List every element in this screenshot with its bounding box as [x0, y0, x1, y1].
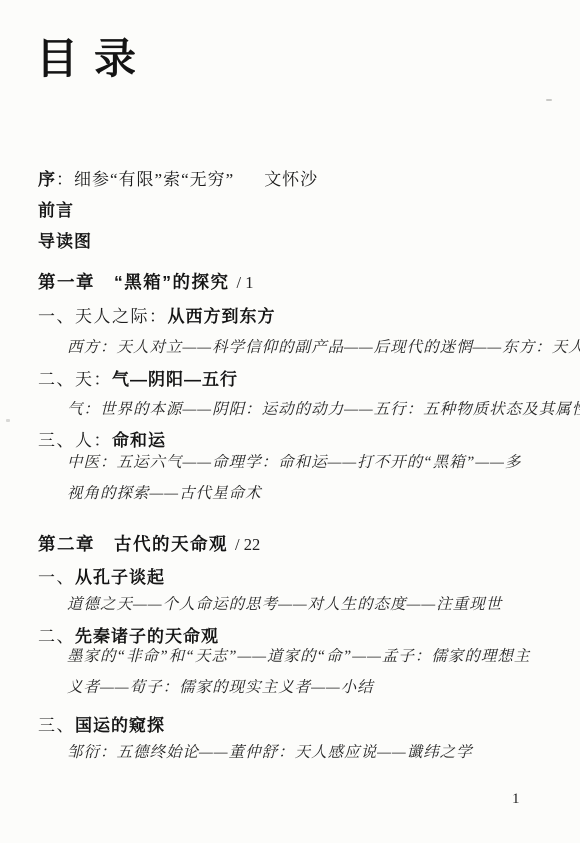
section-topic: 天人之际： [75, 307, 168, 326]
chapter-heading: 第二章 古代的天命观/ 22 [38, 531, 260, 556]
section-number: 二、 [38, 370, 75, 389]
chapter-title: 第二章 古代的天命观 [38, 534, 228, 554]
section-item: 二、天：气—阴阳—五行 [38, 365, 238, 390]
toc-page: 目录 序：细参“有限”索“无穷”文怀沙 前言 导读图 第一章 “黑箱”的探究/ … [0, 0, 580, 843]
section-title: 气—阴阳—五行 [112, 370, 238, 389]
front-matter-line-preface: 序：细参“有限”索“无穷”文怀沙 [38, 165, 318, 190]
scan-artifact [546, 99, 552, 101]
section-detail: 中医：五运六气——命理学：命和运——打不开的“黑箱”——多视角的探索——古代星命… [67, 448, 535, 509]
front-label: 导读图 [38, 232, 92, 251]
section-number: 一、 [38, 568, 75, 587]
front-author: 文怀沙 [264, 170, 318, 189]
section-item: 三、国运的窥探 [38, 711, 165, 736]
section-topic: 天： [75, 370, 112, 389]
section-number: 三、 [38, 716, 75, 735]
chapter-title: 第一章 “黑箱”的探究 [38, 272, 230, 292]
chapter-heading: 第一章 “黑箱”的探究/ 1 [38, 269, 253, 294]
page-number: 1 [512, 791, 520, 808]
chapter-page-ref: / 1 [237, 273, 254, 292]
section-detail: 邹衍：五德终始论——董仲舒：天人感应说——谶纬之学 [67, 738, 473, 769]
section-item: 一、从孔子谈起 [38, 563, 165, 588]
front-matter-line-guide: 导读图 [38, 227, 92, 252]
front-text: ：细参“有限”索“无穷” [56, 170, 234, 189]
section-detail: 墨家的“非命”和“天志”——道家的“命”——孟子：儒家的理想主义者——荀子：儒家… [67, 642, 535, 703]
section-title: 从孔子谈起 [75, 568, 165, 587]
section-number: 一、 [38, 307, 75, 326]
section-title: 国运的窥探 [75, 716, 165, 735]
page-title: 目录 [36, 26, 152, 86]
chapter-page-ref: / 22 [235, 535, 260, 554]
front-label: 前言 [38, 201, 74, 220]
front-label: 序 [38, 170, 56, 189]
front-matter-line-foreword: 前言 [38, 196, 74, 221]
section-detail: 道德之天——个人命运的思考——对人生的态度——注重现世 [67, 590, 502, 621]
scan-artifact [6, 419, 10, 422]
section-title: 从西方到东方 [168, 307, 276, 326]
section-item: 一、天人之际：从西方到东方 [38, 302, 276, 327]
section-detail: 气：世界的本源——阴阳：运动的动力——五行：五种物质状态及其属性 [67, 395, 580, 426]
section-detail: 西方：天人对立——科学信仰的副产品——后现代的迷惘——东方：天人合一 [67, 333, 580, 364]
